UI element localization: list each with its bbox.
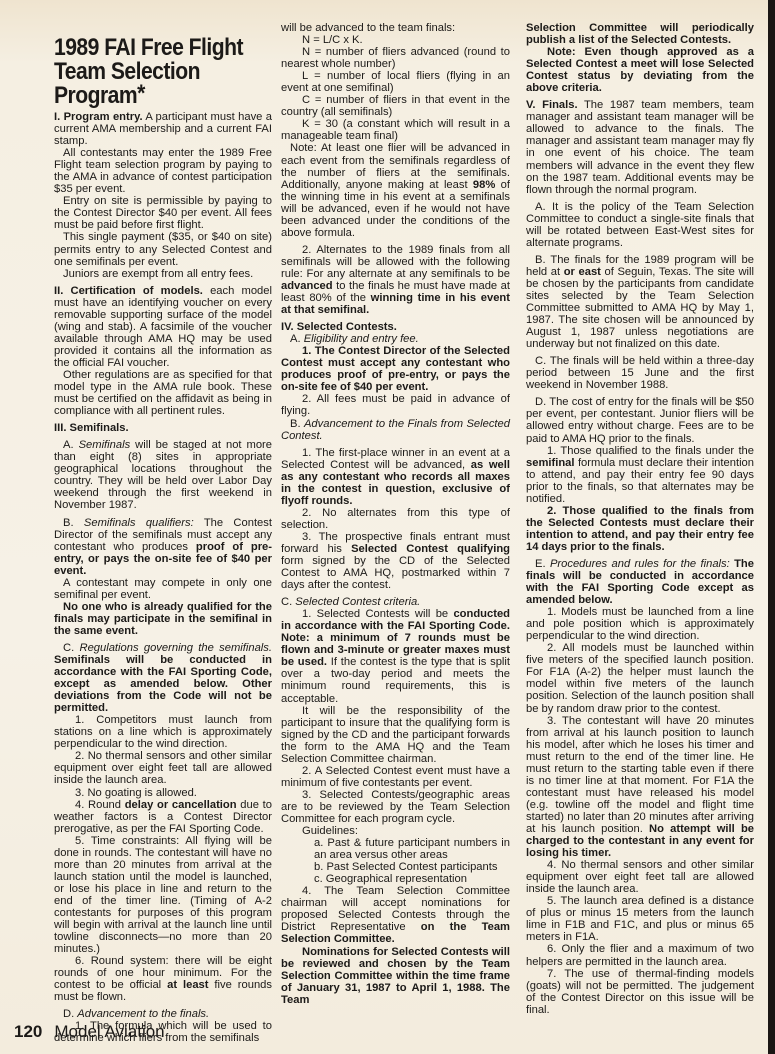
list-item: 3. The prospective finals entrant must f…	[281, 531, 510, 591]
formula-definition: N = number of fliers advanced (round to …	[281, 46, 510, 70]
section-certification: II. Certification of models. each model …	[54, 285, 272, 369]
magazine-page: 1989 FAI Free Flight Team Selection Prog…	[0, 0, 768, 1054]
formula-definition: K = 30 (a constant which will result in …	[281, 118, 510, 142]
title-line-2: Team Selection	[54, 58, 200, 85]
list-item: 2. All fees must be paid in advance of f…	[281, 393, 510, 417]
formula: N = L/C x K.	[281, 34, 510, 46]
page-number: 120	[14, 1022, 42, 1041]
article-title: 1989 FAI Free Flight Team Selection Prog…	[54, 36, 246, 108]
paragraph: No one who is already qualified for the …	[54, 601, 272, 637]
list-item: 1. Models must be launched from a line a…	[526, 606, 754, 642]
list-item: 3. No goating is allowed.	[54, 787, 272, 799]
section-heading: I. Program entry.	[54, 111, 143, 123]
paragraph: C. Regulations governing the semifinals.…	[54, 642, 272, 714]
guidelines-label: Guidelines:	[281, 825, 510, 837]
list-item: 1. The first-place winner in an event at…	[281, 447, 510, 507]
list-item: 2. A Selected Contest event must have a …	[281, 765, 510, 789]
paragraph: B. Advancement to the Finals from Select…	[281, 418, 510, 442]
paragraph: A. Semifinals will be staged at not more…	[54, 439, 272, 511]
formula-definition: C = number of fliers in that event in th…	[281, 94, 510, 118]
list-item: 7. The use of thermal-finding models (go…	[526, 968, 754, 1016]
list-item: 5. The launch area defined is a distance…	[526, 895, 754, 943]
paragraph: Entry on site is permissible by paying t…	[54, 195, 272, 231]
list-item: 3. The contestant will have 20 minutes f…	[526, 715, 754, 860]
list-item: 3. Selected Contests/geographic areas ar…	[281, 789, 510, 825]
paragraph: Juniors are exempt from all entry fees.	[54, 268, 272, 280]
paragraph: B. The finals for the 1989 program will …	[526, 254, 754, 350]
paragraph: A. Eligibility and entry fee.	[281, 333, 510, 345]
list-item: 2. Alternates to the 1989 finals from al…	[281, 244, 510, 316]
list-item: 5. Time constraints: All flying will be …	[54, 835, 272, 955]
list-item: 1. Those qualified to the finals under t…	[526, 445, 754, 505]
list-item: 2. No thermal sensors and other similar …	[54, 750, 272, 786]
paragraph: This single payment ($35, or $40 on site…	[54, 231, 272, 267]
guideline-item: a. Past & future participant numbers in …	[281, 837, 510, 861]
paragraph: C. Selected Contest criteria.	[281, 596, 510, 608]
section-program-entry: I. Program entry. A participant must hav…	[54, 111, 272, 147]
list-item: 1. The Contest Director of the Selected …	[281, 345, 510, 393]
list-item: 1. Competitors must launch from stations…	[54, 714, 272, 750]
paragraph: D. The cost of entry for the finals will…	[526, 396, 754, 444]
paragraph: E. Procedures and rules for the finals: …	[526, 558, 754, 606]
list-item: 4. No thermal sensors and other similar …	[526, 859, 754, 895]
paragraph: A. It is the policy of the Team Selectio…	[526, 201, 754, 249]
footnote-asterisk: *	[137, 80, 145, 107]
paragraph: All contestants may enter the 1989 Free …	[54, 147, 272, 195]
list-item: 4. Round delay or cancellation due to we…	[54, 799, 272, 835]
paragraph: Selection Committee will periodically pu…	[526, 22, 754, 46]
paragraph: C. The finals will be held within a thre…	[526, 355, 754, 391]
paragraph: It will be the responsibility of the par…	[281, 705, 510, 765]
title-line-3: Program	[54, 82, 137, 109]
list-item: 2. All models must be launched within fi…	[526, 642, 754, 714]
title-line-1: 1989 FAI Free Flight	[54, 34, 243, 61]
column-right: Selection Committee will periodically pu…	[526, 22, 754, 1016]
list-item: 6. Only the flier and a maximum of two h…	[526, 943, 754, 967]
paragraph: D. Advancement to the finals.	[54, 1008, 272, 1020]
scan-edge	[768, 0, 775, 1054]
paragraph: Nominations for Selected Contests will b…	[281, 946, 510, 1006]
list-item: 2. Those qualified to the finals from th…	[526, 505, 754, 553]
paragraph: Note: Even though approved as a Selected…	[526, 46, 754, 94]
page-footer: 120Model Aviation	[14, 1022, 165, 1042]
guideline-item: c. Geographical representation	[281, 873, 510, 885]
paragraph: A contestant may compete in only one sem…	[54, 577, 272, 601]
formula-definition: L = number of local fliers (flying in an…	[281, 70, 510, 94]
list-item: 4. The Team Selection Committee chairman…	[281, 885, 510, 945]
list-item: 1. Selected Contests will be conducted i…	[281, 608, 510, 704]
section-heading-semifinals: III. Semifinals.	[54, 422, 272, 434]
section-finals: V. Finals. The 1987 team members, team m…	[526, 99, 754, 195]
paragraph: Note: At least one flier will be advance…	[281, 142, 510, 238]
section-heading: V. Finals.	[526, 99, 578, 111]
paragraph: B. Semifinals qualifiers: The Contest Di…	[54, 517, 272, 577]
column-left: 1989 FAI Free Flight Team Selection Prog…	[14, 36, 272, 1045]
list-item: 2. No alternates from this type of selec…	[281, 507, 510, 531]
section-heading: II. Certification of models.	[54, 285, 203, 297]
paragraph: Other regulations are as specified for t…	[54, 369, 272, 417]
guideline-item: b. Past Selected Contest participants	[281, 861, 510, 873]
paragraph: will be advanced to the team finals:	[281, 22, 510, 34]
list-item: 6. Round system: there will be eight rou…	[54, 955, 272, 1003]
column-middle: will be advanced to the team finals: N =…	[281, 22, 510, 1006]
publication-name: Model Aviation	[54, 1022, 164, 1041]
section-heading-selected-contests: IV. Selected Contests.	[281, 321, 510, 333]
